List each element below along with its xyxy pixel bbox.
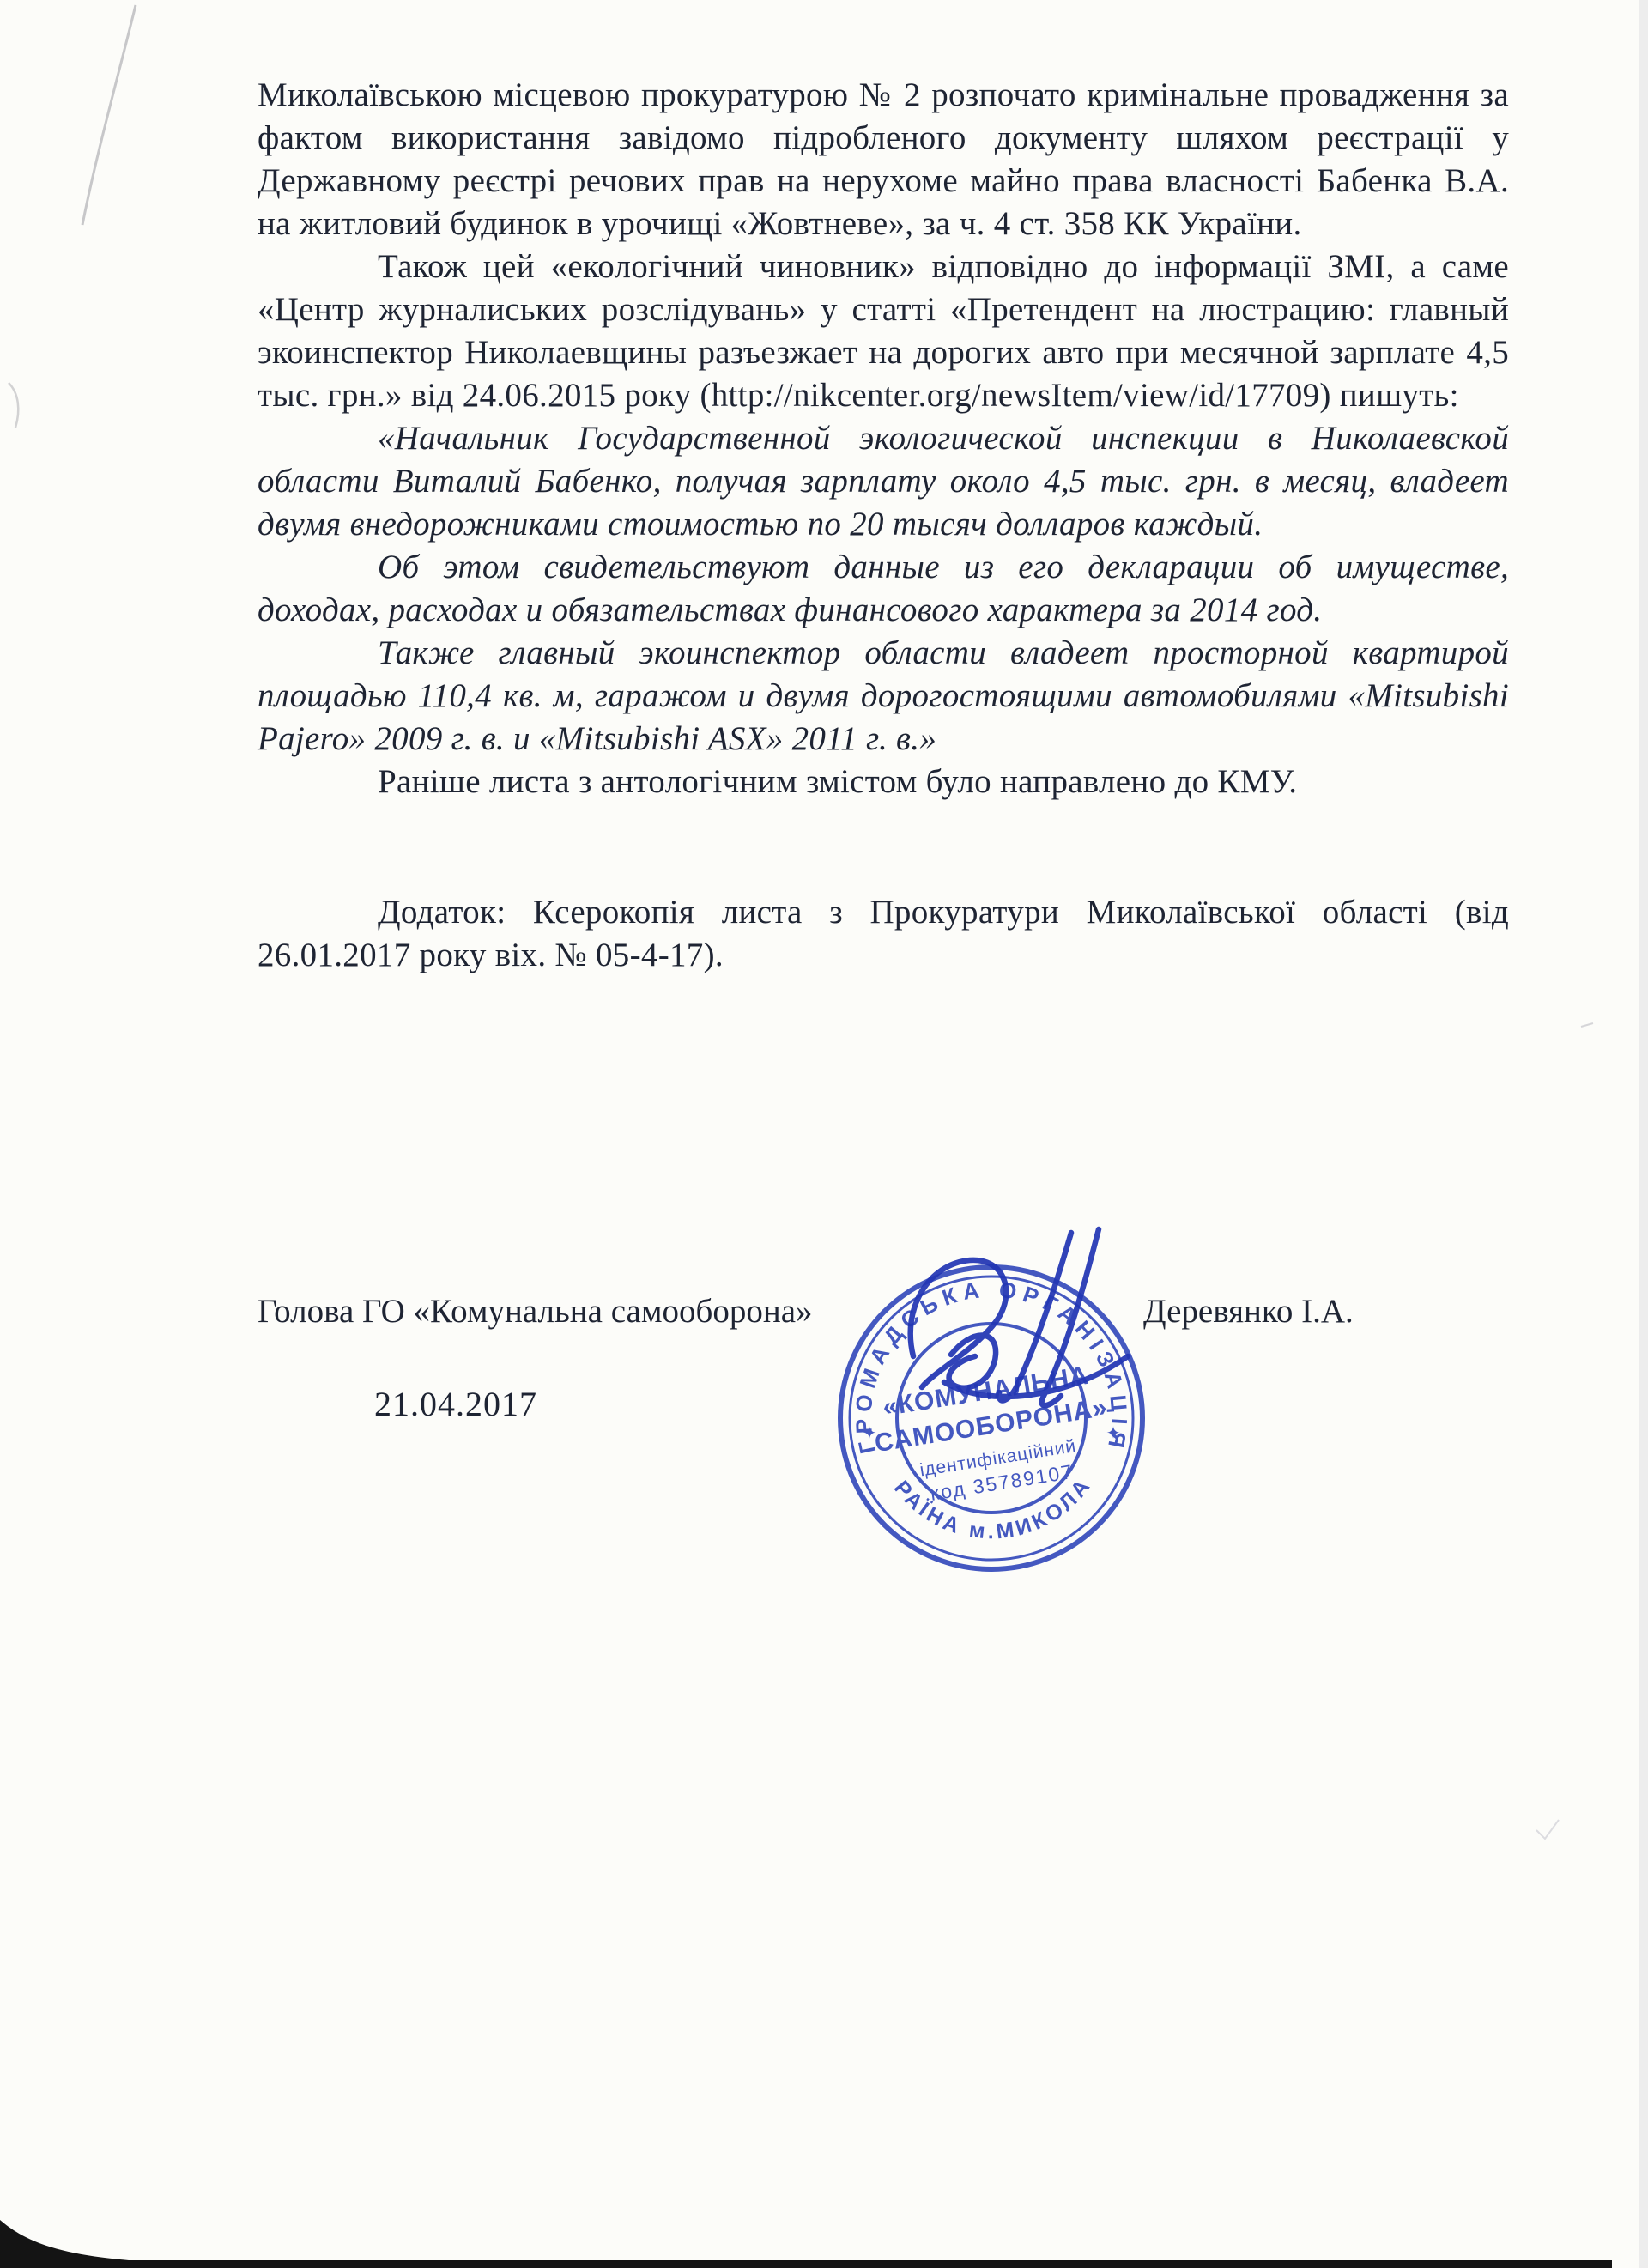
scan-bottom-edge-strip	[0, 2220, 1612, 2268]
paragraph-media-reference: Також цей «екологічний чиновник» відпові…	[257, 246, 1509, 417]
letter-body: Миколаївською місцевою прокуратурою № 2 …	[257, 74, 1509, 977]
scan-right-edge-shade	[1639, 0, 1648, 2268]
scanned-letter-page: Миколаївською місцевою прокуратурою № 2 …	[0, 0, 1648, 2268]
scan-fold-line	[82, 5, 136, 225]
paragraph-earlier-letter: Раніше листа з антологічним змістом було…	[257, 761, 1509, 804]
signer-position-title: Голова ГО «Комунальна самооборона»	[257, 1292, 813, 1331]
signature-date: 21.04.2017	[374, 1384, 537, 1424]
paragraph-criminal-proceeding: Миколаївською місцевою прокуратурою № 2 …	[257, 74, 1509, 246]
scan-bottom-right-mark	[1536, 1820, 1559, 1839]
paragraph-quote-inspector: «Начальник Государственной экологической…	[257, 417, 1509, 546]
paragraph-quote-property: Также главный экоинспектор области владе…	[257, 632, 1509, 761]
scan-right-speck	[1581, 1023, 1593, 1027]
signature-stroke-slash1	[999, 1233, 1071, 1400]
handwritten-signature	[869, 1226, 1160, 1428]
signature-stroke-tail	[944, 1356, 1128, 1397]
signer-name: Деревянко І.А.	[1143, 1292, 1354, 1331]
scan-left-mark	[9, 383, 18, 428]
paragraph-quote-declaration: Об этом свидетельствуют данные из его де…	[257, 546, 1509, 632]
attachment-note: Додаток: Ксерокопія листа з Прокуратури …	[257, 891, 1509, 977]
